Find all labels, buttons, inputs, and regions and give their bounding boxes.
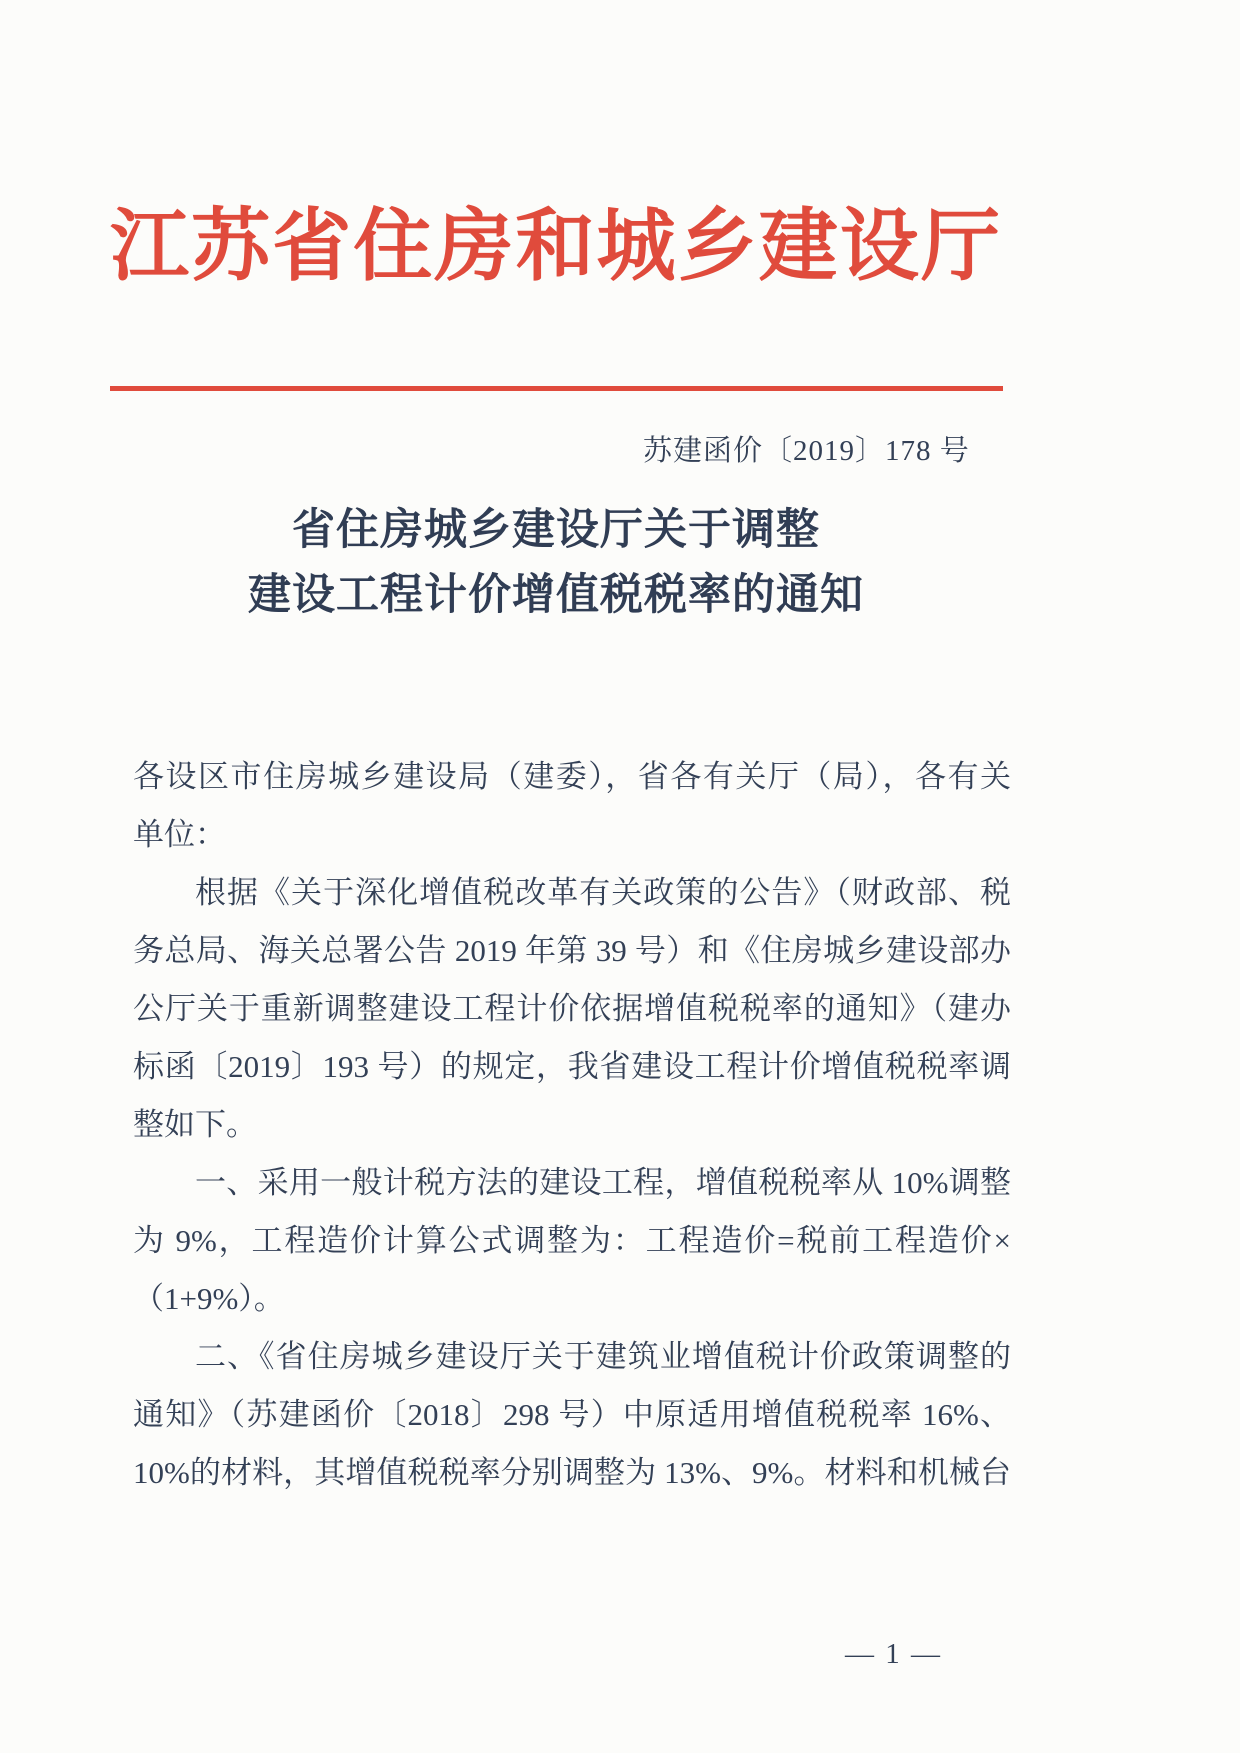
body-line: 为 9%，工程造价计算公式调整为：工程造价=税前工程造价× — [133, 1212, 1011, 1270]
body-line: 根据《关于深化增值税改革有关政策的公告》（财政部、税 — [133, 864, 1011, 922]
letterhead-divider-line — [110, 386, 1003, 391]
body-line: （1+9%）。 — [133, 1270, 1011, 1328]
body-line: 一、采用一般计税方法的建设工程，增值税税率从 10%调整 — [133, 1154, 1011, 1212]
body-line: 单位： — [133, 806, 1011, 864]
document-title-line-1: 省住房城乡建设厅关于调整 — [112, 498, 1000, 563]
body-line: 通知》（苏建函价〔2018〕298 号）中原适用增值税税率 16%、 — [133, 1386, 1011, 1444]
document-number: 苏建函价〔2019〕178 号 — [643, 428, 970, 469]
document-title-line-2: 建设工程计价增值税税率的通知 — [112, 563, 1000, 628]
document-page: 江苏省住房和城乡建设厅 苏建函价〔2019〕178 号 省住房城乡建设厅关于调整… — [0, 0, 1240, 1753]
page-number: — 1 — — [845, 1638, 942, 1671]
body-line: 整如下。 — [133, 1096, 1011, 1154]
body-line: 务总局、海关总署公告 2019 年第 39 号）和《住房城乡建设部办 — [133, 922, 1011, 980]
body-line: 二、《省住房城乡建设厅关于建筑业增值税计价政策调整的 — [133, 1328, 1011, 1386]
body-line: 各设区市住房城乡建设局（建委），省各有关厅（局），各有关 — [133, 748, 1011, 806]
document-title: 省住房城乡建设厅关于调整 建设工程计价增值税税率的通知 — [112, 498, 1000, 628]
letterhead-title: 江苏省住房和城乡建设厅 — [110, 188, 1000, 308]
body-line: 公厅关于重新调整建设工程计价依据增值税税率的通知》（建办 — [133, 980, 1011, 1038]
body-line: 10%的材料，其增值税税率分别调整为 13%、9%。材料和机械台 — [133, 1444, 1011, 1502]
document-body: 各设区市住房城乡建设局（建委），省各有关厅（局），各有关 单位： 根据《关于深化… — [133, 748, 1011, 1502]
body-line: 标函〔2019〕193 号）的规定，我省建设工程计价增值税税率调 — [133, 1038, 1011, 1096]
